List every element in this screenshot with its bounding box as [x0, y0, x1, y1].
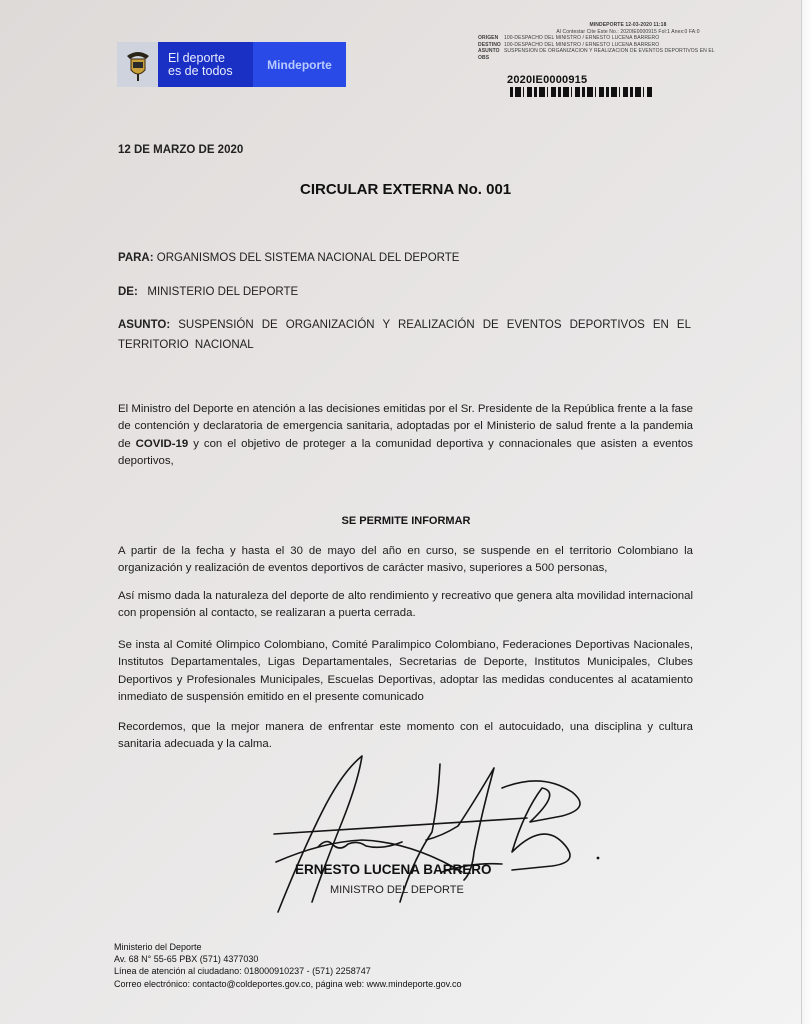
footer-contact: Ministerio del Deporte Av. 68 N° 55-65 P… — [114, 941, 462, 990]
para-value: ORGANISMOS DEL SISTEMA NACIONAL DEL DEPO… — [157, 252, 460, 264]
subheading-text: SE PERMITE INFORMAR — [342, 515, 471, 527]
document-date: 12 DE MARZO DE 2020 — [118, 144, 243, 156]
page-edge — [801, 0, 812, 1024]
de-value: MINISTERIO DEL DEPORTE — [147, 286, 298, 298]
field-asunto: ASUNTO: SUSPENSIÓN DE ORGANIZACIÓN Y REA… — [118, 315, 691, 355]
stamp-key: OBS — [478, 55, 504, 62]
logo-brand: Mindeporte — [253, 42, 346, 87]
covid-emphasis: COVID-19 — [136, 438, 189, 450]
field-de: DE: MINISTERIO DEL DEPORTE — [118, 286, 298, 298]
body-paragraph: Así mismo dada la naturaleza del deporte… — [118, 588, 693, 623]
mindeporte-logo: El deporte es de todos Mindeporte — [117, 42, 346, 87]
footer-line-ministry: Ministerio del Deporte — [114, 941, 462, 953]
stamp-row: OBS — [478, 55, 778, 62]
logo-slogan: El deporte es de todos — [158, 42, 253, 87]
slogan-line-1: El deporte — [168, 52, 253, 65]
signer-name: ERNESTO LUCENA BARRERO — [295, 862, 492, 877]
document-title: CIRCULAR EXTERNA No. 001 — [300, 181, 511, 198]
asunto-label: ASUNTO: — [118, 319, 170, 331]
handwritten-signature-icon — [262, 752, 622, 922]
footer-line-phone: Línea de atención al ciudadano: 01800091… — [114, 965, 462, 977]
para-label: PARA: — [118, 252, 154, 264]
slogan-line-2: es de todos — [168, 65, 253, 78]
footer-line-address: Av. 68 N° 55-65 PBX (571) 4377030 — [114, 953, 462, 965]
coat-of-arms-icon — [117, 42, 158, 87]
field-para: PARA: ORGANISMOS DEL SISTEMA NACIONAL DE… — [118, 252, 459, 264]
filing-stamp: MINDEPORTE 12-03-2020 11:18 Al Contestar… — [478, 22, 778, 61]
intro-text-end: y con el objetivo de proteger a la comun… — [118, 438, 693, 467]
stamp-value — [504, 55, 778, 62]
body-paragraph: Se insta al Comité Olimpico Colombiano, … — [118, 637, 693, 707]
section-subheading: SE PERMITE INFORMAR — [0, 515, 812, 527]
body-paragraph: A partir de la fecha y hasta el 30 de ma… — [118, 543, 693, 578]
body-paragraph: Recordemos, que la mejor manera de enfre… — [118, 719, 693, 754]
barcode-icon — [510, 87, 652, 97]
radicado-number: 2020IE0000915 — [507, 74, 587, 86]
asunto-value: SUSPENSIÓN DE ORGANIZACIÓN Y REALIZACIÓN… — [118, 319, 691, 351]
footer-line-email: Correo electrónico: contacto@coldeportes… — [114, 978, 462, 990]
de-label: DE: — [118, 286, 138, 298]
intro-paragraph: El Ministro del Deporte en atención a la… — [118, 401, 693, 471]
signer-role: MINISTRO DEL DEPORTE — [330, 884, 464, 896]
